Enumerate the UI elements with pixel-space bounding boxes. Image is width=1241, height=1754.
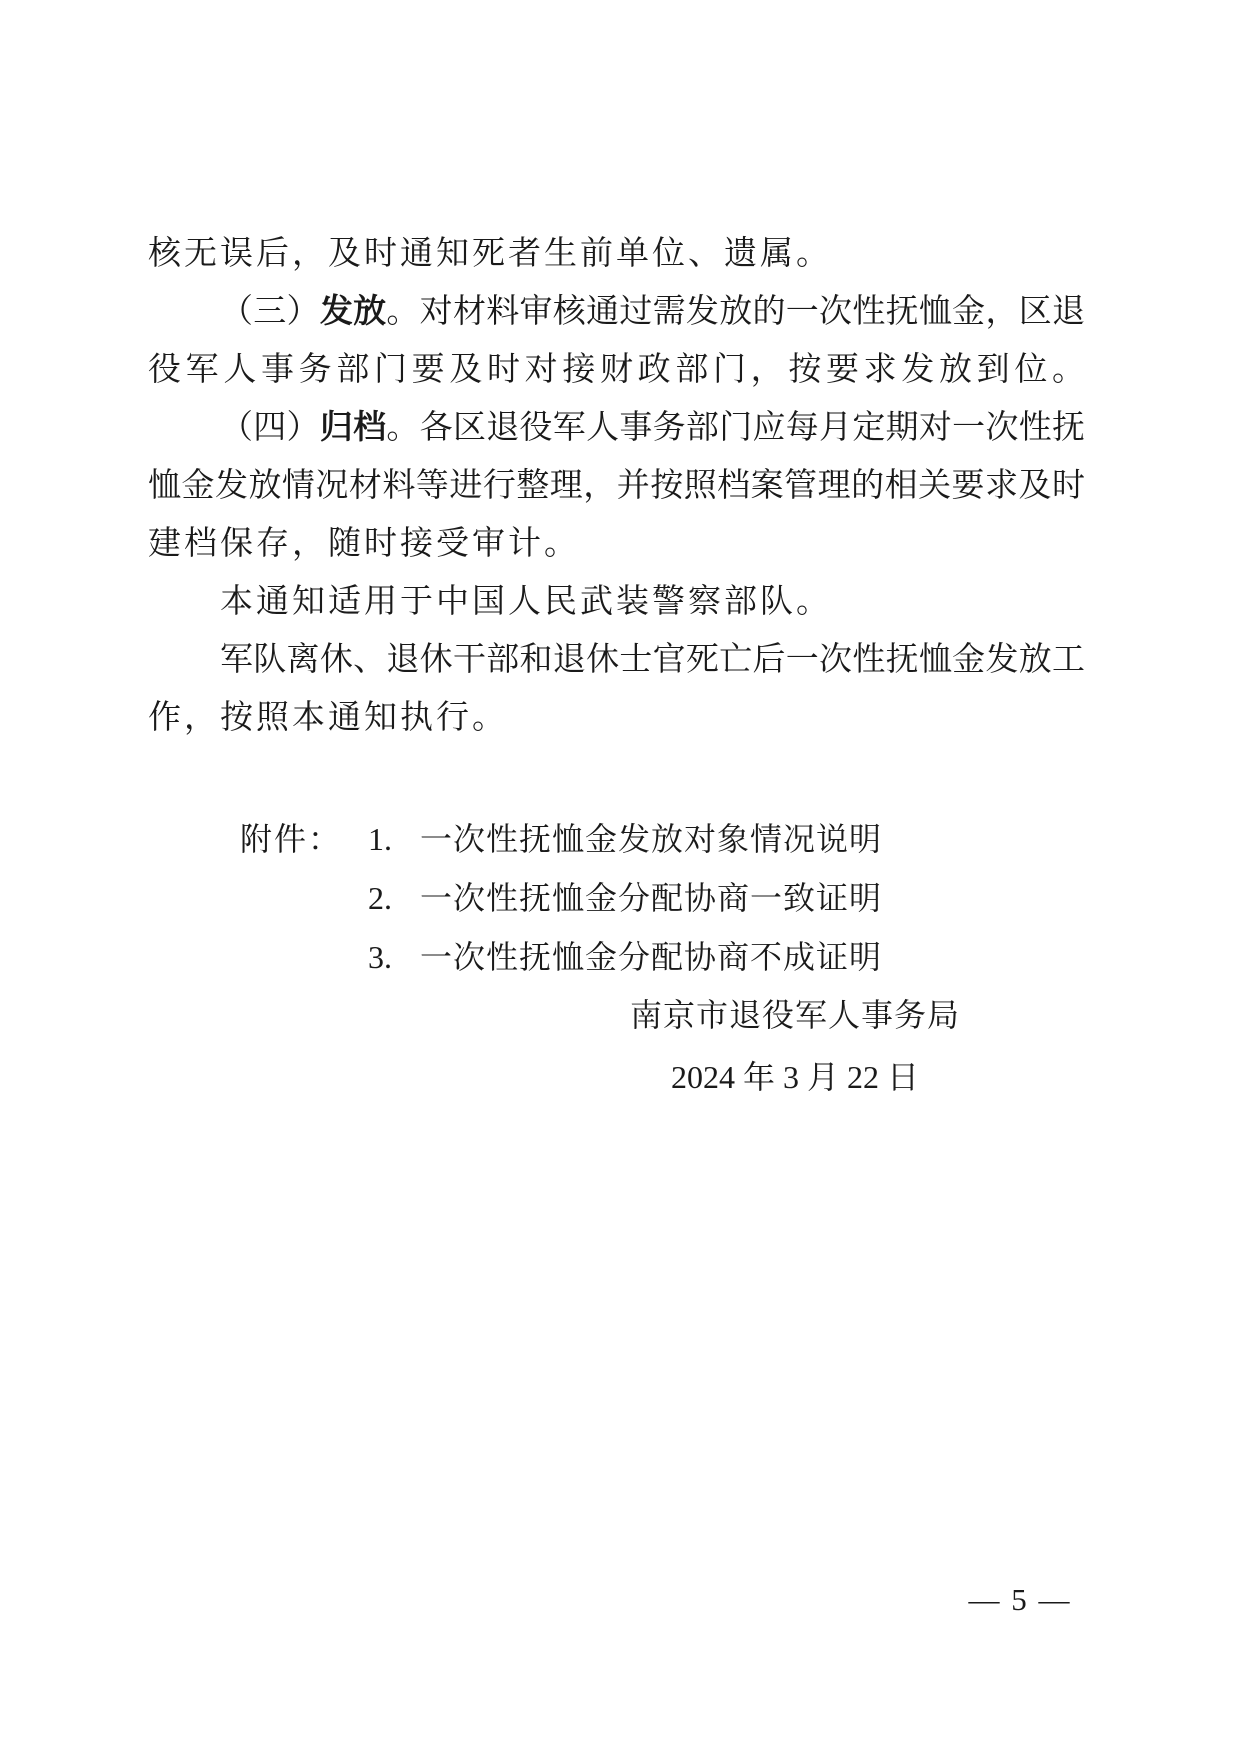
body-line: （三）发放。对材料审核通过需发放的一次性抚恤金，区退 — [148, 283, 1085, 341]
body-text: 本通知适用于中国人民武装警察部队。 — [220, 584, 832, 620]
notice-body: 核无误后，及时通知死者生前单位、遗属。（三）发放。对材料审核通过需发放的一次性抚… — [148, 225, 1085, 747]
body-line: 作，按照本通知执行。 — [148, 689, 1085, 747]
body-text: 。对材料审核通过需发放的一次性抚恤金，区退 — [386, 294, 1085, 330]
attachment-number: 2. — [368, 869, 420, 928]
attachment-title: 一次性抚恤金分配协商一致证明 — [420, 869, 882, 928]
attachment-number: 1. — [368, 810, 420, 869]
page-number: — 5 — — [930, 1582, 1110, 1618]
document-page: 核无误后，及时通知死者生前单位、遗属。（三）发放。对材料审核通过需发放的一次性抚… — [0, 0, 1241, 1754]
emphasis-text: 归档 — [320, 410, 387, 446]
attachment-item: 2.一次性抚恤金分配协商一致证明 — [240, 869, 882, 928]
body-text: 。各区退役军人事务部门应每月定期对一次性抚 — [386, 410, 1085, 446]
issuing-organization: 南京市退役军人事务局 — [560, 984, 1030, 1046]
body-line: 军队离休、退休干部和退休士官死亡后一次性抚恤金发放工 — [148, 631, 1085, 689]
body-text: 建档保存，随时接受审计。 — [148, 526, 580, 562]
body-text: 作，按照本通知执行。 — [148, 700, 508, 736]
body-line: 役军人事务部门要及时对接财政部门，按要求发放到位。 — [148, 341, 1085, 399]
body-line: 建档保存，随时接受审计。 — [148, 515, 1085, 573]
body-text: 核无误后，及时通知死者生前单位、遗属。 — [148, 236, 832, 272]
issue-date: 2024 年 3 月 22 日 — [560, 1046, 1030, 1108]
body-text: 军队离休、退休干部和退休士官死亡后一次性抚恤金发放工 — [220, 642, 1085, 678]
emphasis-text: 发放 — [320, 294, 387, 330]
body-line: 核无误后，及时通知死者生前单位、遗属。 — [148, 225, 1085, 283]
body-text: 役军人事务部门要及时对接财政部门，按要求发放到位。 — [148, 352, 1085, 388]
signature-block: 南京市退役军人事务局 2024 年 3 月 22 日 — [560, 984, 1030, 1108]
body-line: 本通知适用于中国人民武装警察部队。 — [148, 573, 1085, 631]
body-text: （三） — [220, 294, 320, 330]
body-line: 恤金发放情况材料等进行整理，并按照档案管理的相关要求及时 — [148, 457, 1085, 515]
attachment-item: 附件：1.一次性抚恤金发放对象情况说明 — [240, 810, 882, 869]
attachments-block: 附件：1.一次性抚恤金发放对象情况说明2.一次性抚恤金分配协商一致证明3.一次性… — [240, 810, 882, 987]
attachment-title: 一次性抚恤金分配协商不成证明 — [420, 928, 882, 987]
attachment-number: 3. — [368, 928, 420, 987]
attachment-item: 3.一次性抚恤金分配协商不成证明 — [240, 928, 882, 987]
attachments-label: 附件： — [240, 810, 368, 869]
body-text: 恤金发放情况材料等进行整理，并按照档案管理的相关要求及时 — [148, 468, 1085, 504]
body-text: （四） — [220, 410, 320, 446]
body-line: （四）归档。各区退役军人事务部门应每月定期对一次性抚 — [148, 399, 1085, 457]
attachment-title: 一次性抚恤金发放对象情况说明 — [420, 810, 882, 869]
